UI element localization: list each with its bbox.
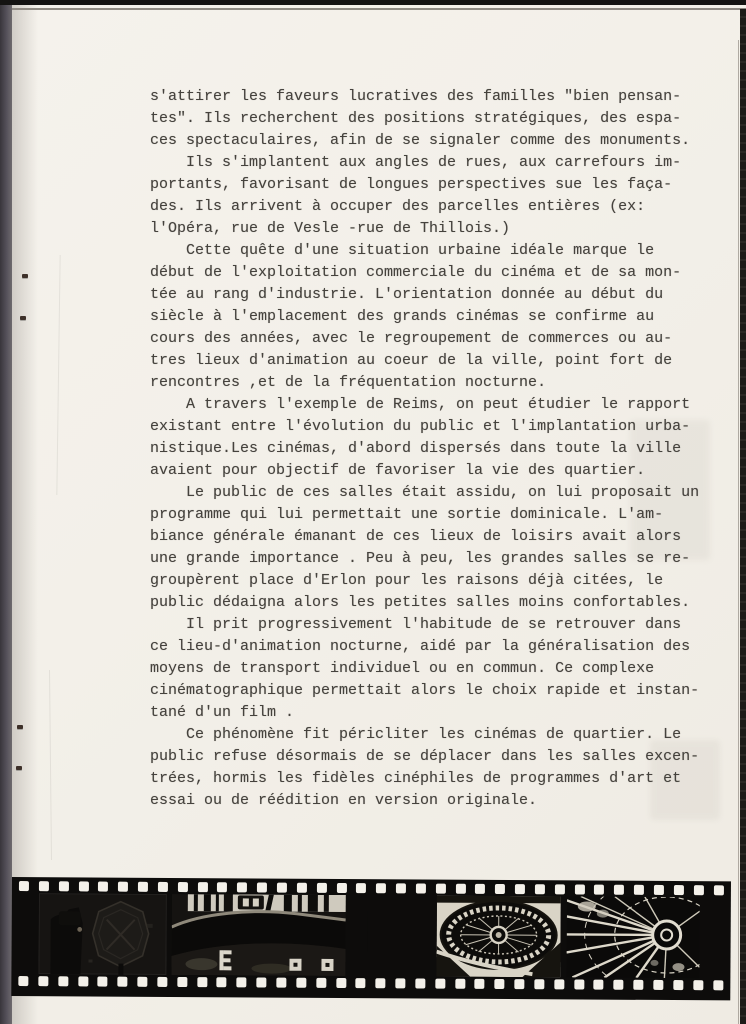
sprocket-hole [416, 883, 426, 893]
typed-line: siècle à l'emplacement des grands cinéma… [150, 306, 710, 328]
sprocket-hole [257, 882, 267, 892]
sprocket-hole [594, 980, 604, 990]
typed-line: Ce phénomène fit péricliter les cinémas … [150, 724, 710, 746]
scan-right-edge [740, 9, 746, 1024]
sprocket-hole [673, 980, 683, 990]
typed-line: des. Ils arrivent à occuper des parcelle… [150, 196, 710, 218]
sprocket-hole [18, 976, 28, 986]
sprocket-hole [495, 979, 505, 989]
sprocket-hole [277, 883, 287, 893]
page-binding-edge [0, 5, 12, 1024]
sprocket-hole [237, 882, 247, 892]
typed-line: avaient pour objectif de favoriser la vi… [150, 460, 710, 482]
staple-mark [22, 274, 28, 278]
sprocket-hole [59, 881, 69, 891]
typed-line: Cette quête d'une situation urbaine idéa… [150, 240, 710, 262]
sprocket-hole [534, 979, 544, 989]
sprocket-hole [217, 977, 227, 987]
sprocket-hole [435, 979, 445, 989]
sprocket-hole [157, 977, 167, 987]
sprocket-hole [634, 885, 644, 895]
sprocket-hole [39, 881, 49, 891]
sprocket-hole [78, 976, 88, 986]
sprocket-hole [19, 881, 29, 891]
sprocket-hole [396, 883, 406, 893]
ceiling-rosette-graphic [436, 896, 560, 978]
sprocket-hole [693, 980, 703, 990]
sprocket-hole [98, 882, 108, 892]
paper-crease [56, 255, 60, 495]
staple-mark [20, 316, 26, 320]
sprocket-hole [158, 882, 168, 892]
sprocket-hole [376, 883, 386, 893]
sprocket-hole [317, 883, 327, 893]
typed-line: portants, favorisant de longues perspect… [150, 174, 710, 196]
sprocket-holes-bottom [18, 976, 723, 990]
sprocket-hole [475, 884, 485, 894]
sprocket-hole [674, 885, 684, 895]
sprocket-hole [118, 882, 128, 892]
sprocket-hole [177, 977, 187, 987]
typed-line: biance générale émanant de ces lieux de … [150, 526, 710, 548]
sprocket-hole [713, 980, 723, 990]
scan-top-edge-line [0, 8, 746, 10]
sprocket-hole [316, 978, 326, 988]
sprocket-hole [356, 978, 366, 988]
sprocket-hole [296, 978, 306, 988]
typed-line: Il prit progressivement l'habitude de se… [150, 614, 710, 636]
typed-line: trées, hormis les fidèles cinéphiles de … [150, 768, 710, 790]
sprocket-hole [237, 977, 247, 987]
sprocket-hole [217, 882, 227, 892]
typed-line: tée au rang d'industrie. L'orientation d… [150, 284, 710, 306]
typed-line: rencontres ,et de la fréquentation noctu… [150, 372, 710, 394]
sprocket-hole [395, 978, 405, 988]
typed-line: cours des années, avec le regroupement d… [150, 328, 710, 350]
sprocket-hole [138, 882, 148, 892]
page-right-edge-line [738, 40, 739, 1024]
staple-mark [16, 766, 22, 770]
cinema-ornament-graphic [38, 893, 166, 975]
typed-line: tes". Ils recherchent des positions stra… [150, 108, 710, 130]
sprocket-hole [436, 884, 446, 894]
sprocket-hole [38, 976, 48, 986]
sprocket-hole [495, 884, 505, 894]
sprocket-hole [574, 979, 584, 989]
sprocket-hole [455, 884, 465, 894]
sprocket-hole [455, 979, 465, 989]
sprocket-hole [137, 977, 147, 987]
typed-line: Le public de ces salles était assidu, on… [150, 482, 710, 504]
paper-crease [49, 670, 52, 860]
film-frame-glass-dome [566, 896, 699, 978]
sprocket-hole [415, 978, 425, 988]
page-curvature-shadow [12, 5, 38, 1024]
typed-line: moyens de transport individuel ou en com… [150, 658, 710, 680]
sprocket-hole [575, 884, 585, 894]
film-frame-ceiling-rosette [436, 896, 560, 978]
sprocket-hole [356, 883, 366, 893]
typed-line: nistique.Les cinémas, d'abord dispersés … [150, 438, 710, 460]
sprocket-hole [713, 885, 723, 895]
cinema-balcony-graphic [171, 894, 367, 976]
typed-line: programme qui lui permettait une sortie … [150, 504, 710, 526]
sprocket-hole [633, 980, 643, 990]
sprocket-hole [98, 977, 108, 987]
sprocket-hole [276, 978, 286, 988]
film-frame-cinema-ornament [38, 893, 166, 975]
typed-line: l'Opéra, rue de Vesle -rue de Thillois.) [150, 218, 710, 240]
sprocket-hole [535, 884, 545, 894]
sprocket-hole [118, 977, 128, 987]
typed-line: existant entre l'évolution du public et … [150, 416, 710, 438]
typed-line: Ils s'implantent aux angles de rues, aux… [150, 152, 710, 174]
typed-line: A travers l'exemple de Reims, on peut ét… [150, 394, 710, 416]
typed-line: public dédaigna alors les petites salles… [150, 592, 710, 614]
sprocket-hole [515, 884, 525, 894]
sprocket-hole [555, 884, 565, 894]
sprocket-hole [475, 979, 485, 989]
typed-line: essai ou de réédition en version origina… [150, 790, 710, 812]
typed-line: tres lieux d'animation au coeur de la vi… [150, 350, 710, 372]
typed-line: groupèrent place d'Erlon pour les raison… [150, 570, 710, 592]
typed-line: ces spectaculaires, afin de se signaler … [150, 130, 710, 152]
typed-line: tané d'un film . [150, 702, 710, 724]
scanned-document-page: s'attirer les faveurs lucratives des fam… [0, 0, 746, 1024]
film-frame-cinema-balcony [171, 894, 367, 976]
typed-line: ce lieu-d'animation nocturne, aidé par l… [150, 636, 710, 658]
sprocket-hole [336, 978, 346, 988]
staple-mark [17, 725, 23, 729]
sprocket-hole [594, 885, 604, 895]
sprocket-hole [297, 883, 307, 893]
typed-line: public refuse désormais de se déplacer d… [150, 746, 710, 768]
glass-dome-graphic [566, 896, 699, 978]
sprocket-hole [178, 882, 188, 892]
typed-line: une grande importance . Peu à peu, les g… [150, 548, 710, 570]
sprocket-hole [256, 977, 266, 987]
sprocket-hole [376, 978, 386, 988]
typed-line: début de l'exploitation commerciale du c… [150, 262, 710, 284]
sprocket-hole [554, 979, 564, 989]
sprocket-hole [58, 976, 68, 986]
sprocket-hole [197, 977, 207, 987]
sprocket-hole [514, 979, 524, 989]
typed-text: s'attirer les faveurs lucratives des fam… [150, 86, 710, 812]
sprocket-hole [694, 885, 704, 895]
scan-top-edge [0, 0, 746, 5]
sprocket-hole [78, 881, 88, 891]
sprocket-hole [336, 883, 346, 893]
sprocket-hole [614, 885, 624, 895]
sprocket-hole [653, 980, 663, 990]
typed-line: cinématographique permettait alors le ch… [150, 680, 710, 702]
sprocket-hole [654, 885, 664, 895]
filmstrip-image [11, 877, 731, 1000]
typed-line: s'attirer les faveurs lucratives des fam… [150, 86, 710, 108]
sprocket-hole [198, 882, 208, 892]
sprocket-hole [614, 980, 624, 990]
